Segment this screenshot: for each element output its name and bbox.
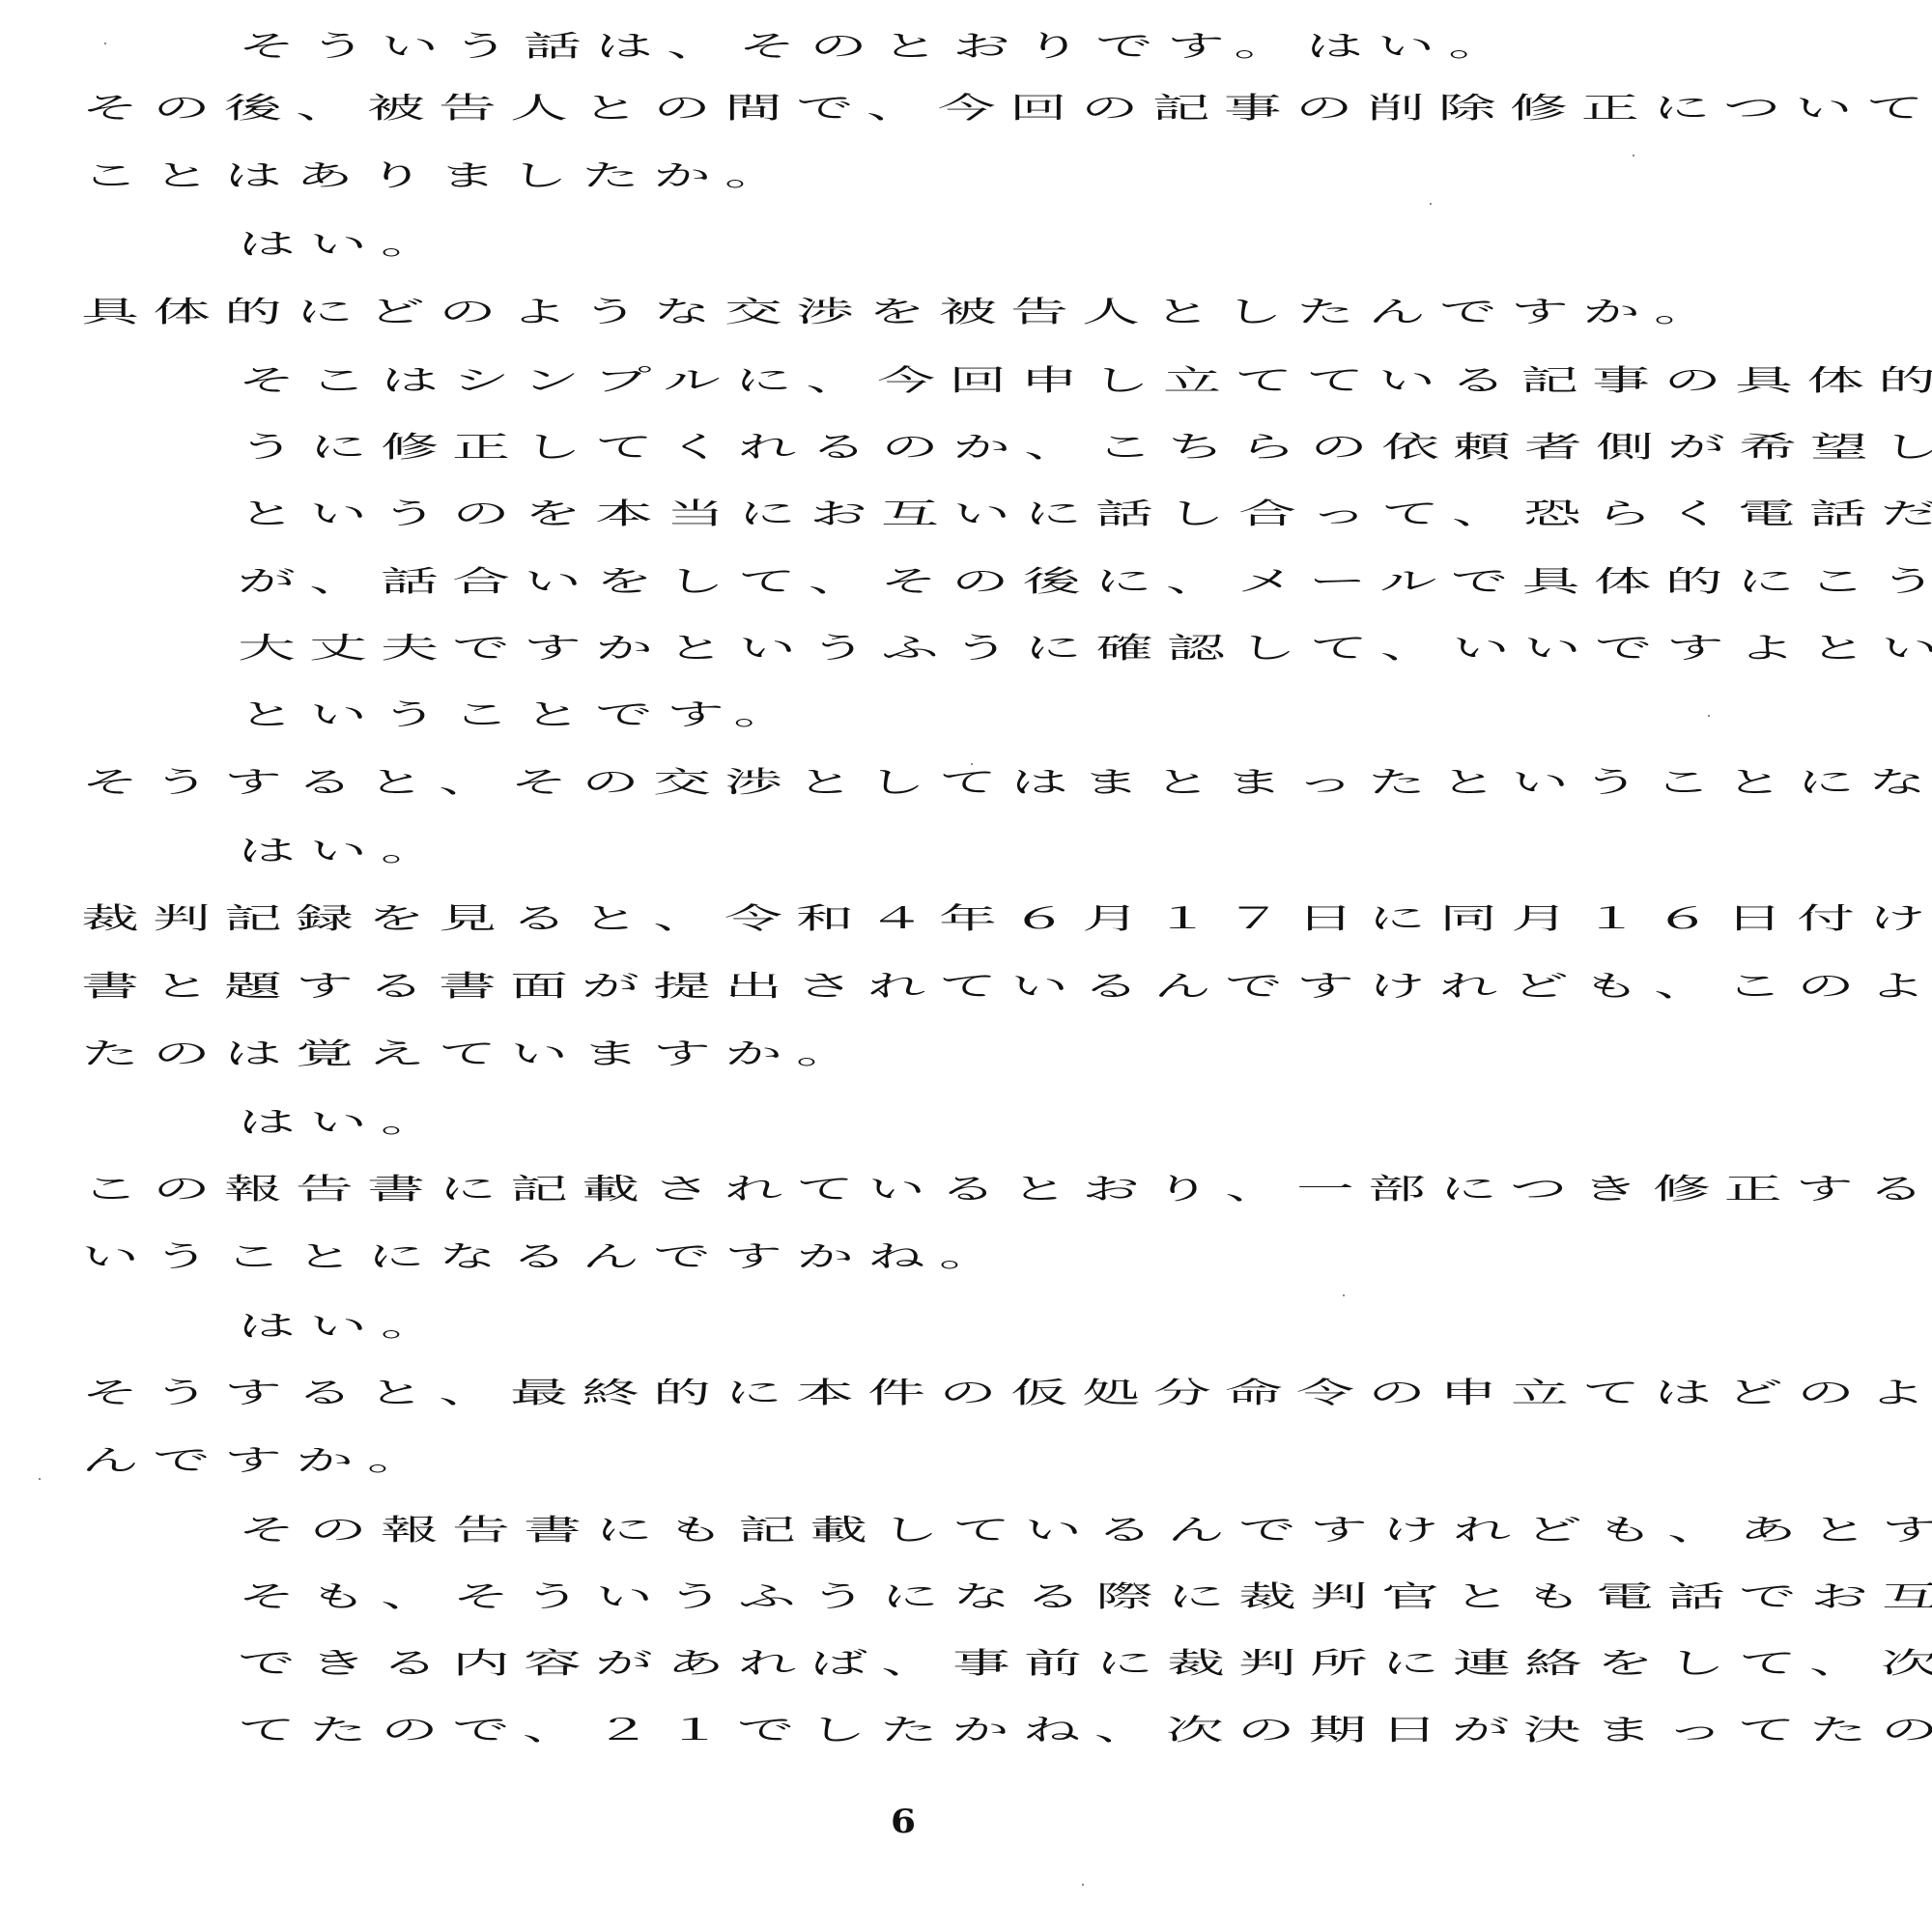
question-line: その後、被告人との間で、今回の記事の削除修正について期日外で交渉した [81,95,1932,124]
answer-line: てたので、２１でしたかね、次の期日が決まってたので、それまでに [238,1717,1932,1746]
scan-speck [971,763,973,765]
answer-line: 大丈夫ですかというふうに確認して、いいですよという回答があった [238,635,1932,664]
answer-line: できる内容があれば、事前に裁判所に連絡をして、次の期日が決まっ [238,1650,1932,1679]
question-line: 裁判記録を見ると、令和４年６月１７日に同月１６日付けの証人作成の報告 [81,905,1932,934]
answer-line: はい。 [238,838,452,867]
answer-line: ということです。 [238,701,805,730]
question-line: いうことになるんですかね。 [81,1243,1010,1272]
answer-line: はい。 [238,231,452,260]
question-line: この報告書に記載されているとおり、一部につき修正することで合意したと [81,1176,1932,1205]
answer-line: はい。 [238,1313,452,1342]
question-line: んですか。 [81,1447,439,1476]
answer-line: そも、そういうふうになる際に裁判官とも電話でお互いで修正、合意 [238,1583,1932,1612]
answer-line: というのを本当にお互いに話し合って、恐らく電話だったと思います [238,500,1932,529]
scan-speck [1708,715,1710,717]
question-line: たのは覚えていますか。 [81,1040,867,1069]
page-number: 6 [891,1803,916,1841]
scan-speck [1633,155,1634,156]
question-line: 書と題する書面が提出されているんですけれども、このような書面を提出し [81,973,1932,1002]
scan-speck [1343,1294,1345,1296]
question-line: そうすると、その交渉としてはまとまったということになるんですか。 [81,769,1932,798]
answer-line: そこはシンプルに、今回申し立てている記事の具体的な文言をどのよ [238,367,1932,396]
answer-line: はい。 [238,1109,452,1138]
question-line: ことはありましたか。 [81,162,796,191]
question-line: そうすると、最終的に本件の仮処分命令の申立てはどのような形で終結した [81,1379,1932,1408]
scan-speck [39,1478,41,1480]
answer-line: うに修正してくれるのか、こちらの依頼者側が希望している修正内容 [238,434,1932,463]
scan-speck [1082,1884,1084,1886]
scan-speck [1430,203,1432,205]
transcript-page: そういう話は、そのとおりです。はい。 その後、被告人との間で、今回の記事の削除修… [0,0,1932,1932]
answer-line: が、話合いをして、その後に、メールで具体的にこういう文言で修正 [238,568,1932,597]
question-line: 具体的にどのような交渉を被告人としたんですか。 [81,298,1725,327]
answer-line: そういう話は、そのとおりです。はい。 [238,33,1520,62]
scan-speck [104,43,106,44]
answer-line: その報告書にも記載しているんですけれども、あとすみません、そも [238,1517,1932,1546]
